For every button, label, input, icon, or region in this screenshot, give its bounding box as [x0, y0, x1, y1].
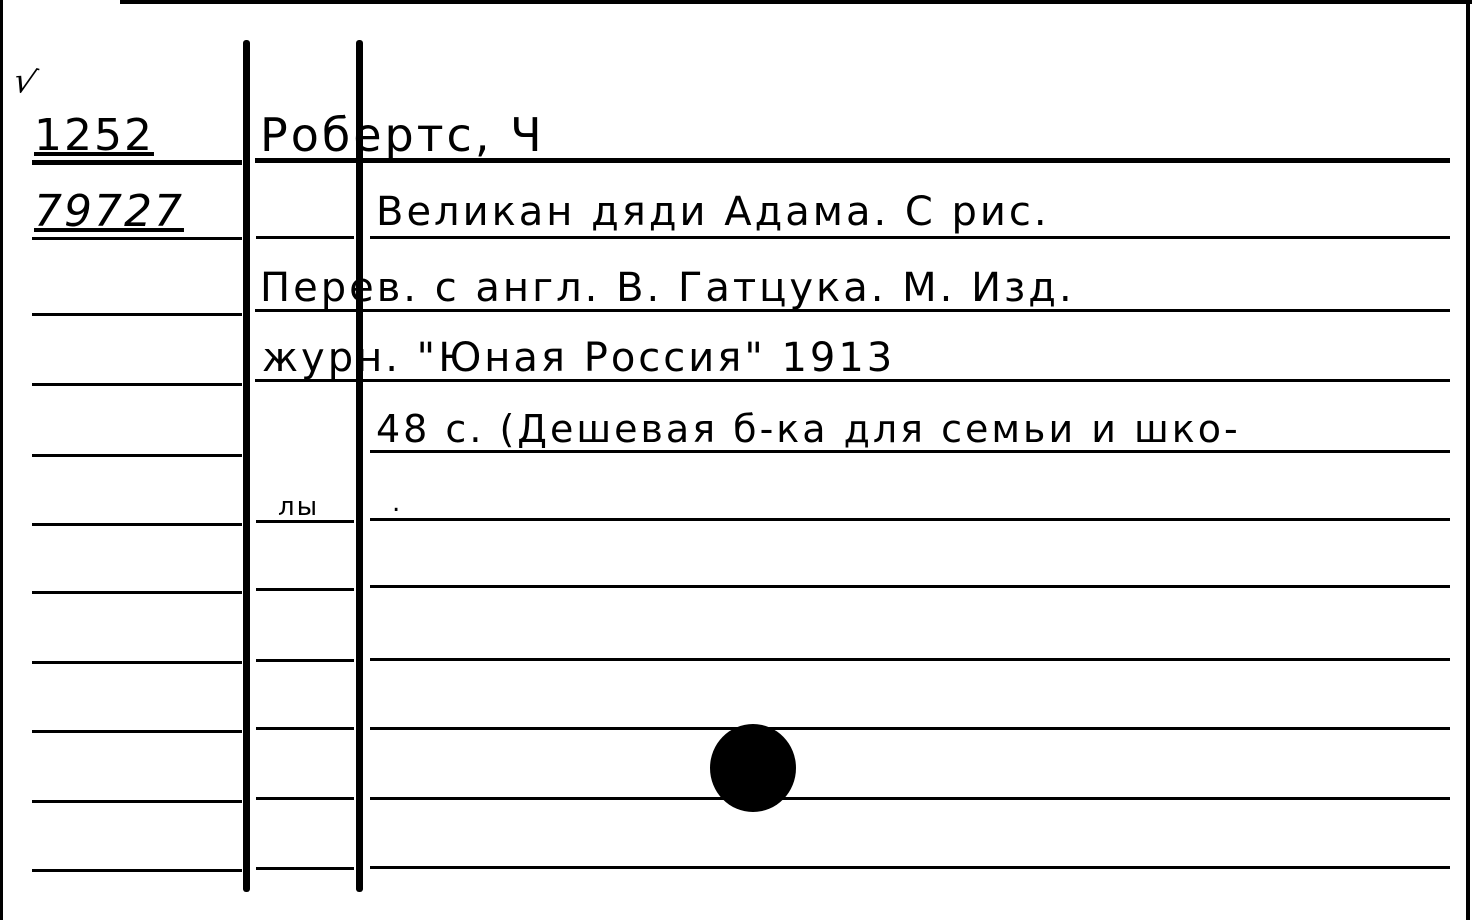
author-heading: Робертс, Ч: [260, 112, 545, 158]
mid-rule: [256, 727, 354, 730]
left-rule: [32, 313, 242, 316]
main-rule: [370, 727, 1450, 730]
left-rule: [32, 800, 242, 803]
column-rule-right: [356, 40, 363, 892]
left-rule: [32, 523, 242, 526]
catalog-card: √ 1252 79727 Робертс, Ч Великан дяди Ада…: [0, 0, 1472, 920]
card-top-edge: [120, 0, 1472, 4]
publisher-line: журн. "Юная Россия" 1913: [262, 338, 895, 378]
main-rule: [370, 658, 1450, 661]
mid-rule: [256, 867, 354, 870]
left-rule: [32, 454, 242, 457]
check-mark: √: [9, 60, 40, 104]
pagination-series-line: 48 с. (Дешевая б-ка для семьи и шко-: [376, 410, 1241, 448]
column-rule-left: [243, 40, 250, 892]
left-rule: [32, 591, 242, 594]
card-left-edge: [0, 0, 3, 920]
series-continuation: лы: [278, 494, 319, 520]
left-rule: [32, 869, 242, 872]
main-rule: [370, 518, 1450, 521]
translation-imprint-line: Перев. с англ. В. Гатцука. М. Изд.: [260, 268, 1075, 308]
main-rule: [370, 797, 1450, 800]
trailing-dot: .: [392, 490, 402, 516]
mid-rule: [256, 659, 354, 662]
card-right-edge: [1466, 0, 1470, 920]
main-rule: [370, 236, 1450, 239]
left-rule: [32, 383, 242, 386]
inventory-number: 79727: [34, 190, 184, 234]
punch-hole: [710, 724, 796, 812]
left-rule: [32, 661, 242, 664]
shelf-number: 1252: [34, 114, 154, 158]
mid-rule: [256, 797, 354, 800]
left-rule: [32, 237, 242, 240]
main-rule: [370, 866, 1450, 869]
mid-rule: [256, 588, 354, 591]
main-rule: [370, 585, 1450, 588]
title-line: Великан дяди Адама. С рис.: [376, 192, 1050, 232]
left-rule: [32, 730, 242, 733]
mid-rule: [256, 236, 354, 239]
